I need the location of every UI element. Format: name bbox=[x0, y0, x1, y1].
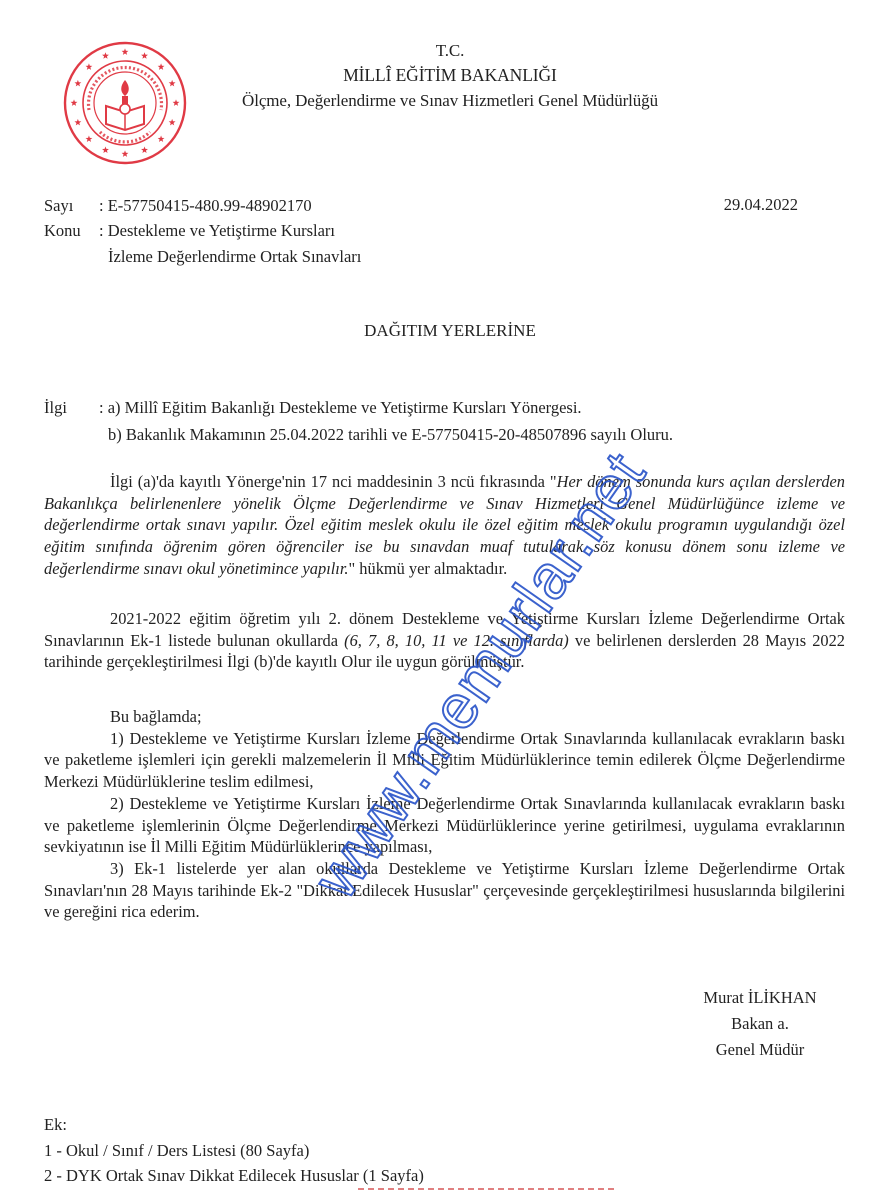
sayi-label: Sayı bbox=[44, 194, 99, 218]
attachment-item-1: 1 - Okul / Sınıf / Ders Listesi (80 Sayf… bbox=[44, 1138, 424, 1164]
p3-intro: Bu bağlamda; bbox=[44, 706, 845, 728]
signatory-title-1: Bakan a. bbox=[660, 1011, 860, 1037]
list-item-1: 1) Destekleme ve Yetiştirme Kursları İzl… bbox=[44, 728, 845, 793]
attachments: Ek: 1 - Okul / Sınıf / Ders Listesi (80 … bbox=[44, 1112, 424, 1189]
sayi-value: : E-57750415-480.99-48902170 bbox=[99, 196, 312, 215]
list-item-3: 3) Ek-1 listelerde yer alan okullarda De… bbox=[44, 858, 845, 923]
directorate-name: Ölçme, Değerlendirme ve Sınav Hizmetleri… bbox=[160, 91, 740, 111]
ministry-name: MİLLÎ EĞİTİM BAKANLIĞI bbox=[160, 65, 740, 86]
konu-value-1: : Destekleme ve Yetiştirme Kursları bbox=[99, 221, 335, 240]
konu-label: Konu bbox=[44, 219, 99, 243]
konu-value-2: İzleme Değerlendirme Ortak Sınavları bbox=[108, 245, 361, 269]
list-item-2: 2) Destekleme ve Yetiştirme Kursları İzl… bbox=[44, 793, 845, 858]
body-paragraph-2: 2021-2022 eğitim öğretim yılı 2. dönem D… bbox=[44, 608, 845, 673]
p2-grades: (6, 7, 8, 10, 11 ve 12. sınıflarda) bbox=[344, 631, 569, 650]
p1-outro: " hükmü yer almaktadır. bbox=[349, 559, 508, 578]
signatory-name: Murat İLİKHAN bbox=[660, 985, 860, 1011]
recipient-heading: DAĞITIM YERLERİNE bbox=[160, 321, 740, 341]
konu-row: Konu: Destekleme ve Yetiştirme Kursları bbox=[44, 219, 335, 243]
header-tc: T.C. bbox=[160, 41, 740, 61]
ilgi-a: : a) Millî Eğitim Bakanlığı Destekleme v… bbox=[99, 398, 582, 418]
ilgi-b: b) Bakanlık Makamının 25.04.2022 tarihli… bbox=[108, 425, 673, 445]
body-paragraph-3: Bu bağlamda; 1) Destekleme ve Yetiştirme… bbox=[44, 706, 845, 923]
footer-cutoff-text bbox=[358, 1184, 618, 1190]
attachments-label: Ek: bbox=[44, 1112, 424, 1138]
document-date: 29.04.2022 bbox=[724, 195, 798, 215]
signature-block: Murat İLİKHAN Bakan a. Genel Müdür bbox=[660, 985, 860, 1063]
signatory-title-2: Genel Müdür bbox=[660, 1037, 860, 1063]
sayi-row: Sayı: E-57750415-480.99-48902170 bbox=[44, 194, 312, 218]
p1-intro: İlgi (a)'da kayıtlı Yönerge'nin 17 nci m… bbox=[110, 472, 557, 491]
ilgi-label: İlgi bbox=[44, 398, 67, 418]
body-paragraph-1: İlgi (a)'da kayıtlı Yönerge'nin 17 nci m… bbox=[44, 471, 845, 580]
